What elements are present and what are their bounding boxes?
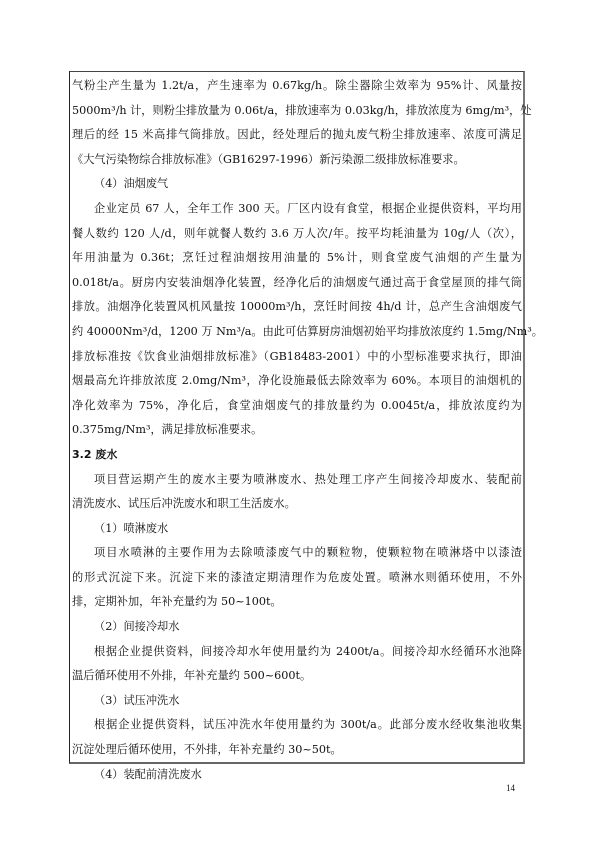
paragraph-line: 排放。油烟净化装置风机风量按 10000m³/h，烹饪时间按 4h/d 计，总产… [72,295,522,320]
paragraph-line: 温后循环使用不外排，年补充量约 500~600t。 [72,664,522,689]
paragraph-line: 约 40000Nm³/d，1200 万 Nm³/a。由此可估算厨房油烟初始平均排… [72,320,522,345]
paragraph-line: 项目水喷淋的主要作用为去除喷漆废气中的颗粒物，使颗粒物在喷淋塔中以漆渣 [72,541,522,566]
paragraph-line: 企业定员 67 人，全年工作 300 天。厂区内设有食堂，根据企业提供资料，平均… [72,197,522,222]
subsection-heading-pressure-test-water: （3）试压冲洗水 [72,689,522,714]
paragraph-line: 根据企业提供资料，间接冷却水年使用量约为 2400t/a。间接冷却水经循环水池降 [72,640,522,665]
paragraph-line: 排放标准按《饮食业油烟排放标准》（GB18483-2001）中的小型标准要求执行… [72,345,522,370]
paragraph-line: 餐人数约 120 人/d，则年就餐人数约 3.6 万人次/年。按平均耗油量为 1… [72,222,522,247]
paragraph-line: 的形式沉淀下来。沉淀下来的漆渣定期清理作为危废处置。喷淋水则循环使用，不外 [72,566,522,591]
paragraph-line: 排，定期补加，年补充量约为 50~100t。 [72,590,522,615]
paragraph-line: 沉淀处理后循环使用，不外排，年补充量约 30~50t。 [72,738,522,763]
paragraph-line: 0.375mg/Nm³，满足排放标准要求。 [72,418,522,443]
subsection-heading-cooking-fumes: （4）油烟废气 [72,172,522,197]
paragraph-line: 项目营运期产生的废水主要为喷淋废水、热处理工序产生间接冷却废水、装配前 [72,468,522,493]
subsection-heading-spray-wastewater: （1）喷淋废水 [72,517,522,542]
paragraph-line: 净化效率为 75%，净化后，食堂油烟废气的排放量约为 0.0045t/a，排放浓… [72,394,522,419]
paragraph-line: 5000m³/h 计，则粉尘排放量为 0.06t/a，排放速率为 0.03kg/… [72,99,522,124]
paragraph-line: 《大气污染物综合排放标准》（GB16297-1996）新污染源二级排放标准要求。 [72,148,522,173]
subsection-heading-pre-assembly-cleaning: （4）装配前清洗废水 [72,763,522,788]
paragraph-line: 根据企业提供资料，试压冲洗水年使用量约为 300t/a。此部分废水经收集池收集 [72,713,522,738]
paragraph-line: 0.018t/a。厨房内安装油烟净化装置，经净化后的油烟废气通过高于食堂屋顶的排… [72,271,522,296]
paragraph-line: 年用油量为 0.36t；烹饪过程油烟按用油量的 5%计，则食堂废气油烟的产生量为 [72,246,522,271]
page-number: 14 [506,783,515,793]
document-body: 气粉尘产生量为 1.2t/a，产生速率为 0.67kg/h。除尘器除尘效率为 9… [72,74,522,787]
paragraph-line: 气粉尘产生量为 1.2t/a，产生速率为 0.67kg/h。除尘器除尘效率为 9… [72,74,522,99]
paragraph-line: 清洗废水、试压后冲洗废水和职工生活废水。 [72,492,522,517]
section-heading-wastewater: 3.2 废水 [72,443,522,468]
subsection-heading-cooling-water: （2）间接冷却水 [72,615,522,640]
paragraph-line: 烟最高允许排放浓度 2.0mg/Nm³，净化设施最低去除效率为 60%。本项目的… [72,369,522,394]
paragraph-line: 理后的经 15 米高排气筒排放。因此，经处理后的抛丸废气粉尘排放速率、浓度可满足 [72,123,522,148]
